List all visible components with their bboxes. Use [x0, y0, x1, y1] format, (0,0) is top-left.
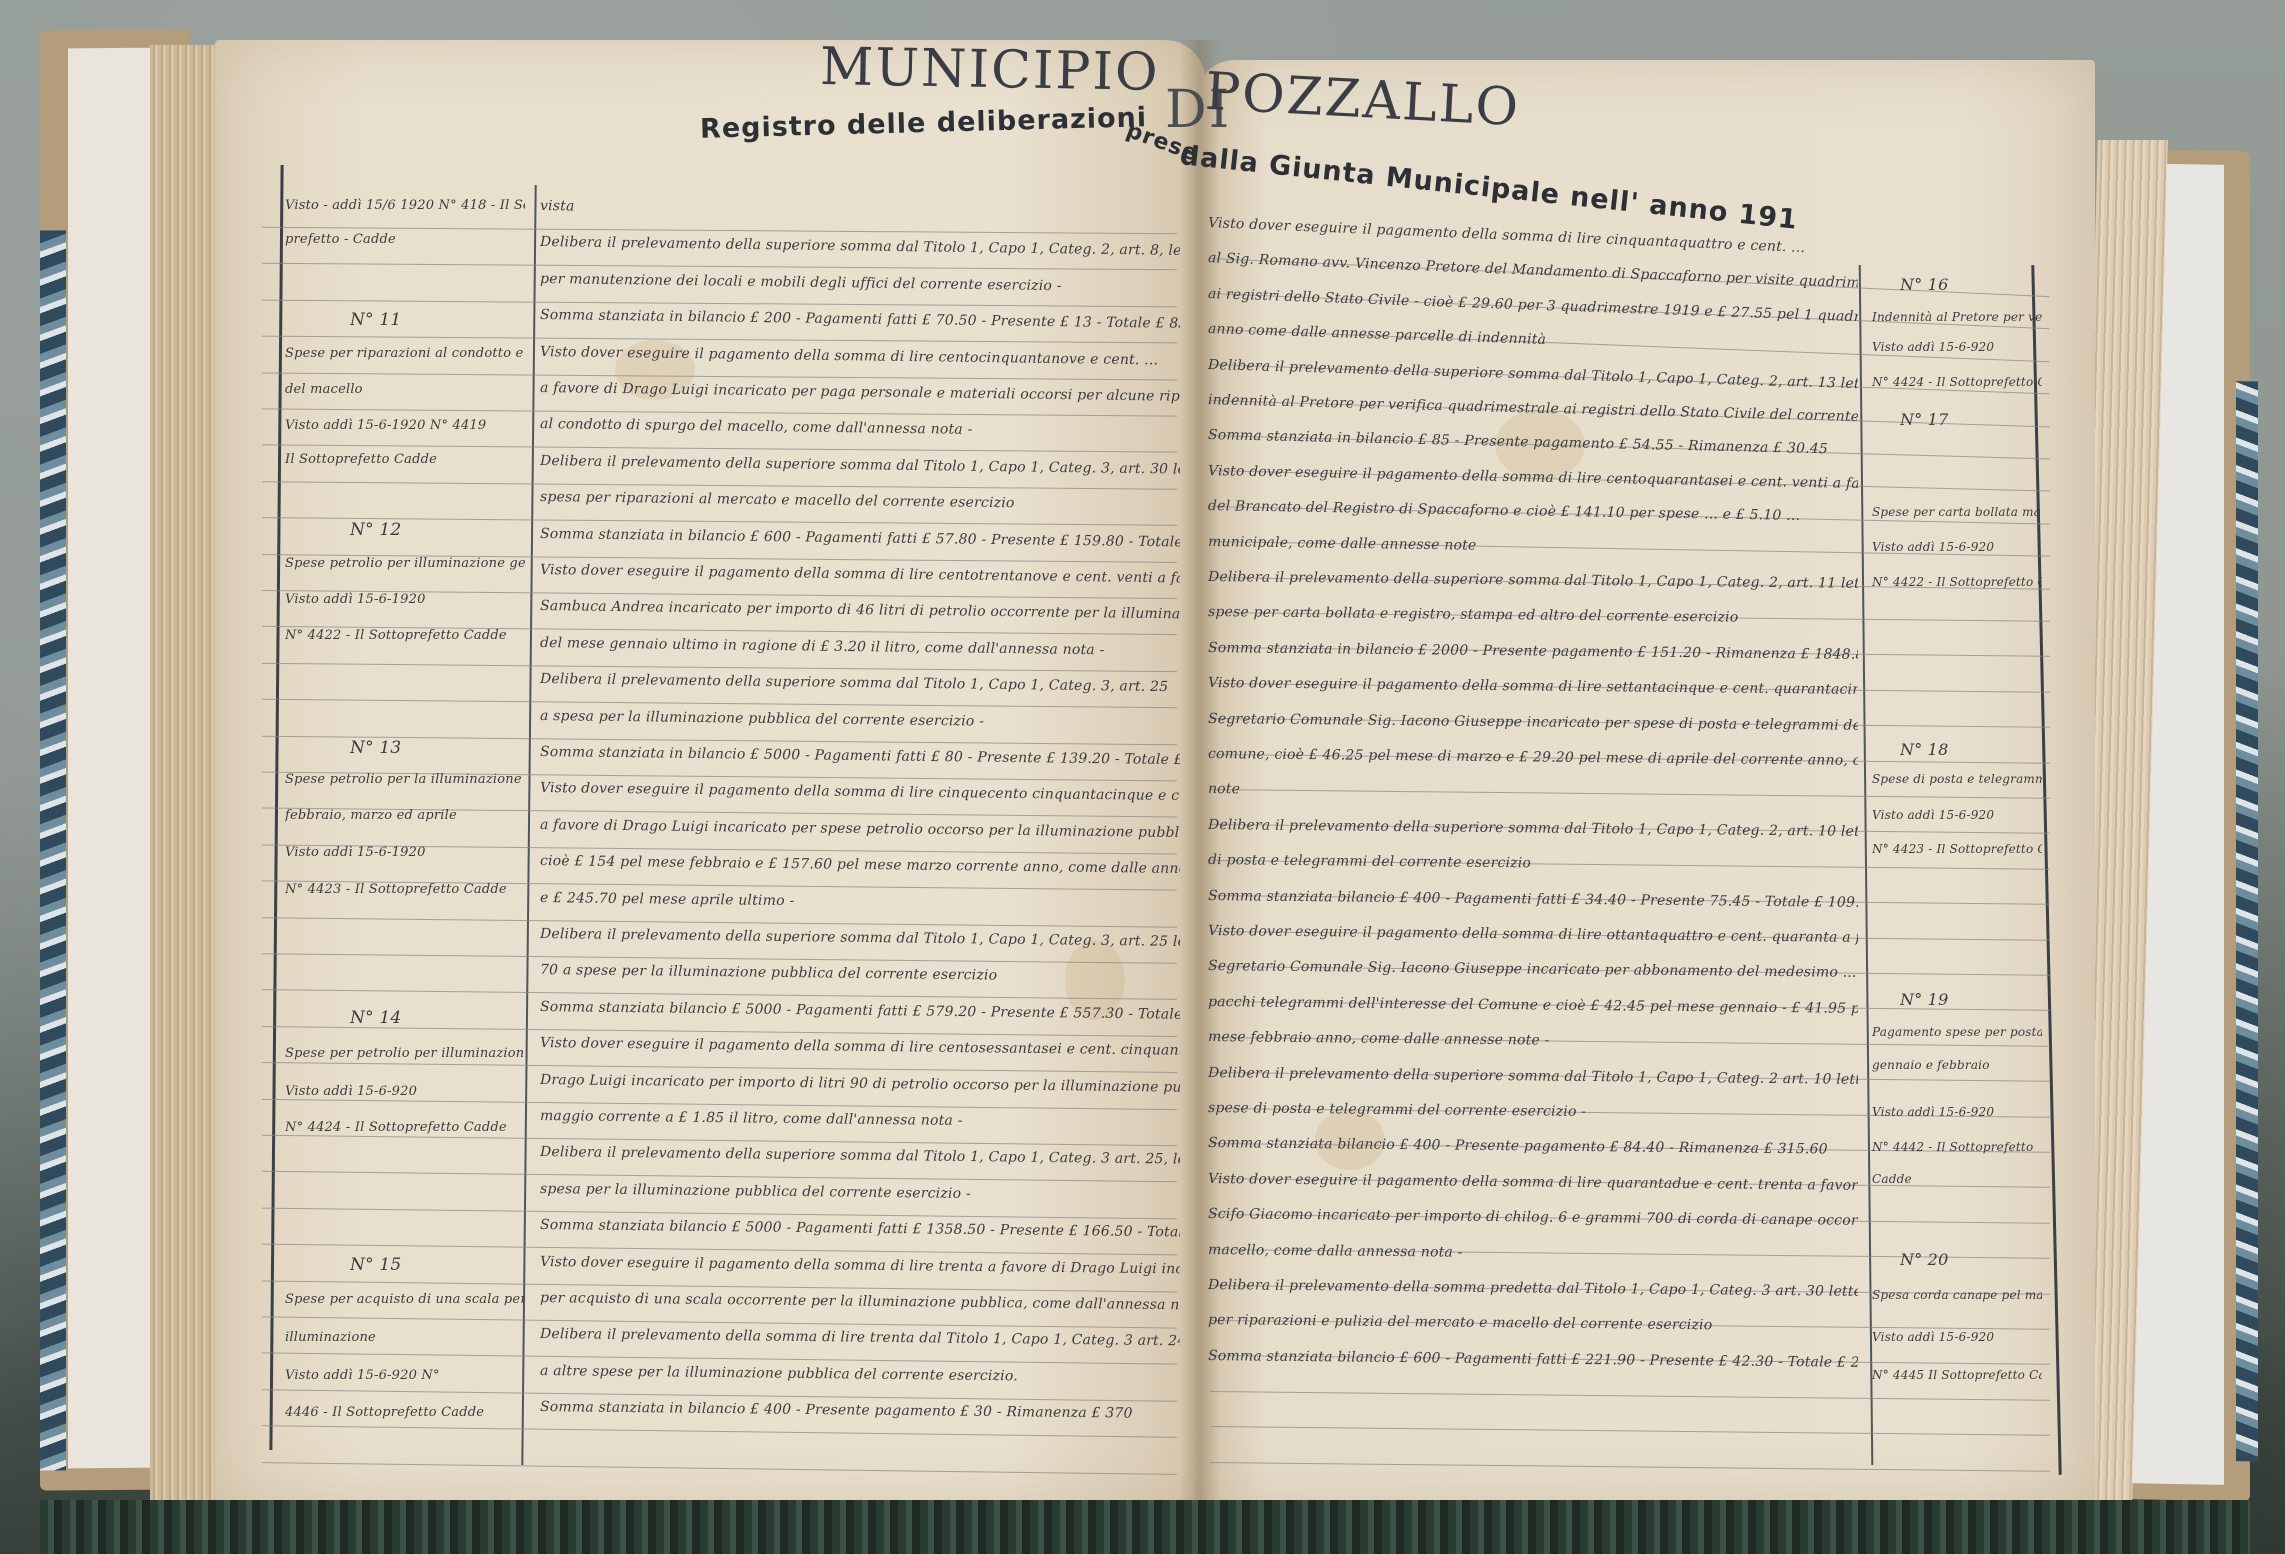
entry-number: N° 14 — [350, 1008, 401, 1028]
margin-note: N° 4424 - Il Sottoprefetto Cadde — [285, 1120, 507, 1135]
margin-note: N° 4423 - Il Sottoprefetto Cadde — [285, 882, 507, 897]
margin-note: Visto addì 15-6-920 — [1872, 808, 1994, 822]
margin-note: Visto - addì 15/6 1920 N° 418 - Il Sotto… — [285, 198, 525, 213]
ledger-body-line: macello, come dalla annessa nota - — [1208, 1242, 1463, 1261]
margin-note: Visto addì 15-6-920 — [1872, 540, 1994, 554]
margin-note: Visto addì 15-6-920 — [1872, 1330, 1994, 1344]
margin-note: Visto addì 15-6-1920 — [285, 592, 426, 607]
entry-number: N° 18 — [1900, 740, 1948, 759]
ledger-body-line: note — [1208, 781, 1240, 797]
marbled-binding-bottom — [40, 1500, 2250, 1554]
ledger-body-line: e £ 245.70 pel mese aprile ultimo - — [540, 890, 795, 909]
entry-number: N° 16 — [1900, 275, 1948, 294]
marbled-edge-right — [2236, 381, 2258, 1461]
entry-number: N° 12 — [350, 520, 401, 540]
margin-note: N° 4422 - Il Sottoprefetto Cadde — [1872, 575, 2042, 589]
margin-note: Spese per carta bollata mandati pagament… — [1872, 505, 2042, 519]
margin-note: Spese per riparazioni al condotto e spur… — [285, 346, 525, 361]
entry-number: N° 19 — [1900, 990, 1948, 1009]
margin-note: 4446 - Il Sottoprefetto Cadde — [285, 1405, 484, 1420]
entry-number: N° 20 — [1900, 1250, 1948, 1269]
margin-note: N° 4445 Il Sottoprefetto Cadde — [1872, 1368, 2042, 1382]
margin-note: Visto addì 15-6-920 — [285, 1084, 417, 1099]
marbled-edge-left — [40, 230, 66, 1470]
entry-number: N° 17 — [1900, 410, 1948, 429]
margin-note: Visto addì 15-6-920 — [1872, 340, 1994, 354]
margin-note: Spese per petrolio per illuminazione mag… — [285, 1046, 525, 1061]
ledger-body-line: vista — [540, 198, 575, 214]
margin-note: N° 4442 - Il Sottoprefetto — [1872, 1140, 2033, 1154]
margin-note: Spese petrolio per illuminazione gennaio — [285, 556, 525, 571]
margin-note: prefetto - Cadde — [285, 232, 396, 247]
margin-note: Spesa corda canape pel macello — [1872, 1288, 2042, 1302]
margin-note: febbraio, marzo ed aprile — [285, 808, 457, 823]
margin-note: Spese di posta e telegrammi marzo ed apr… — [1872, 772, 2042, 786]
margin-note: Visto addì 15-6-1920 — [285, 845, 426, 860]
margin-note: Visto addì 15-6-920 N° — [285, 1368, 440, 1383]
margin-note: Pagamento spese per posta e telegrammi — [1872, 1025, 2042, 1039]
margin-note: Cadde — [1872, 1172, 1912, 1186]
margin-note: Spese petrolio per la illuminazione mag. — [285, 772, 525, 787]
entry-number: N° 13 — [350, 738, 401, 758]
margin-note: N° 4422 - Il Sottoprefetto Cadde — [285, 628, 507, 643]
entry-number: N° 11 — [350, 310, 401, 330]
margin-note: Visto addì 15-6-1920 N° 4419 — [285, 418, 486, 433]
margin-note: N° 4424 - Il Sottoprefetto Cadde — [1872, 375, 2042, 389]
margin-note: Visto addì 15-6-920 — [1872, 1105, 1994, 1119]
margin-note: illuminazione — [285, 1330, 376, 1345]
margin-note: gennaio e febbraio — [1872, 1058, 1990, 1072]
header-title-municipio: MUNICIPIO — [820, 37, 1161, 103]
ledger-body-line: municipale, come dalle annesse note — [1208, 534, 1477, 554]
margin-note: N° 4423 - Il Sottoprefetto Cadde — [1872, 842, 2042, 856]
margin-note: Il Sottoprefetto Cadde — [285, 452, 437, 467]
entry-number: N° 15 — [350, 1255, 401, 1275]
margin-note: Spese per acquisto di una scala per la — [285, 1292, 525, 1307]
margin-note: Indennità al Pretore per verifica quadri… — [1872, 310, 2042, 324]
margin-note: del macello — [285, 382, 363, 397]
